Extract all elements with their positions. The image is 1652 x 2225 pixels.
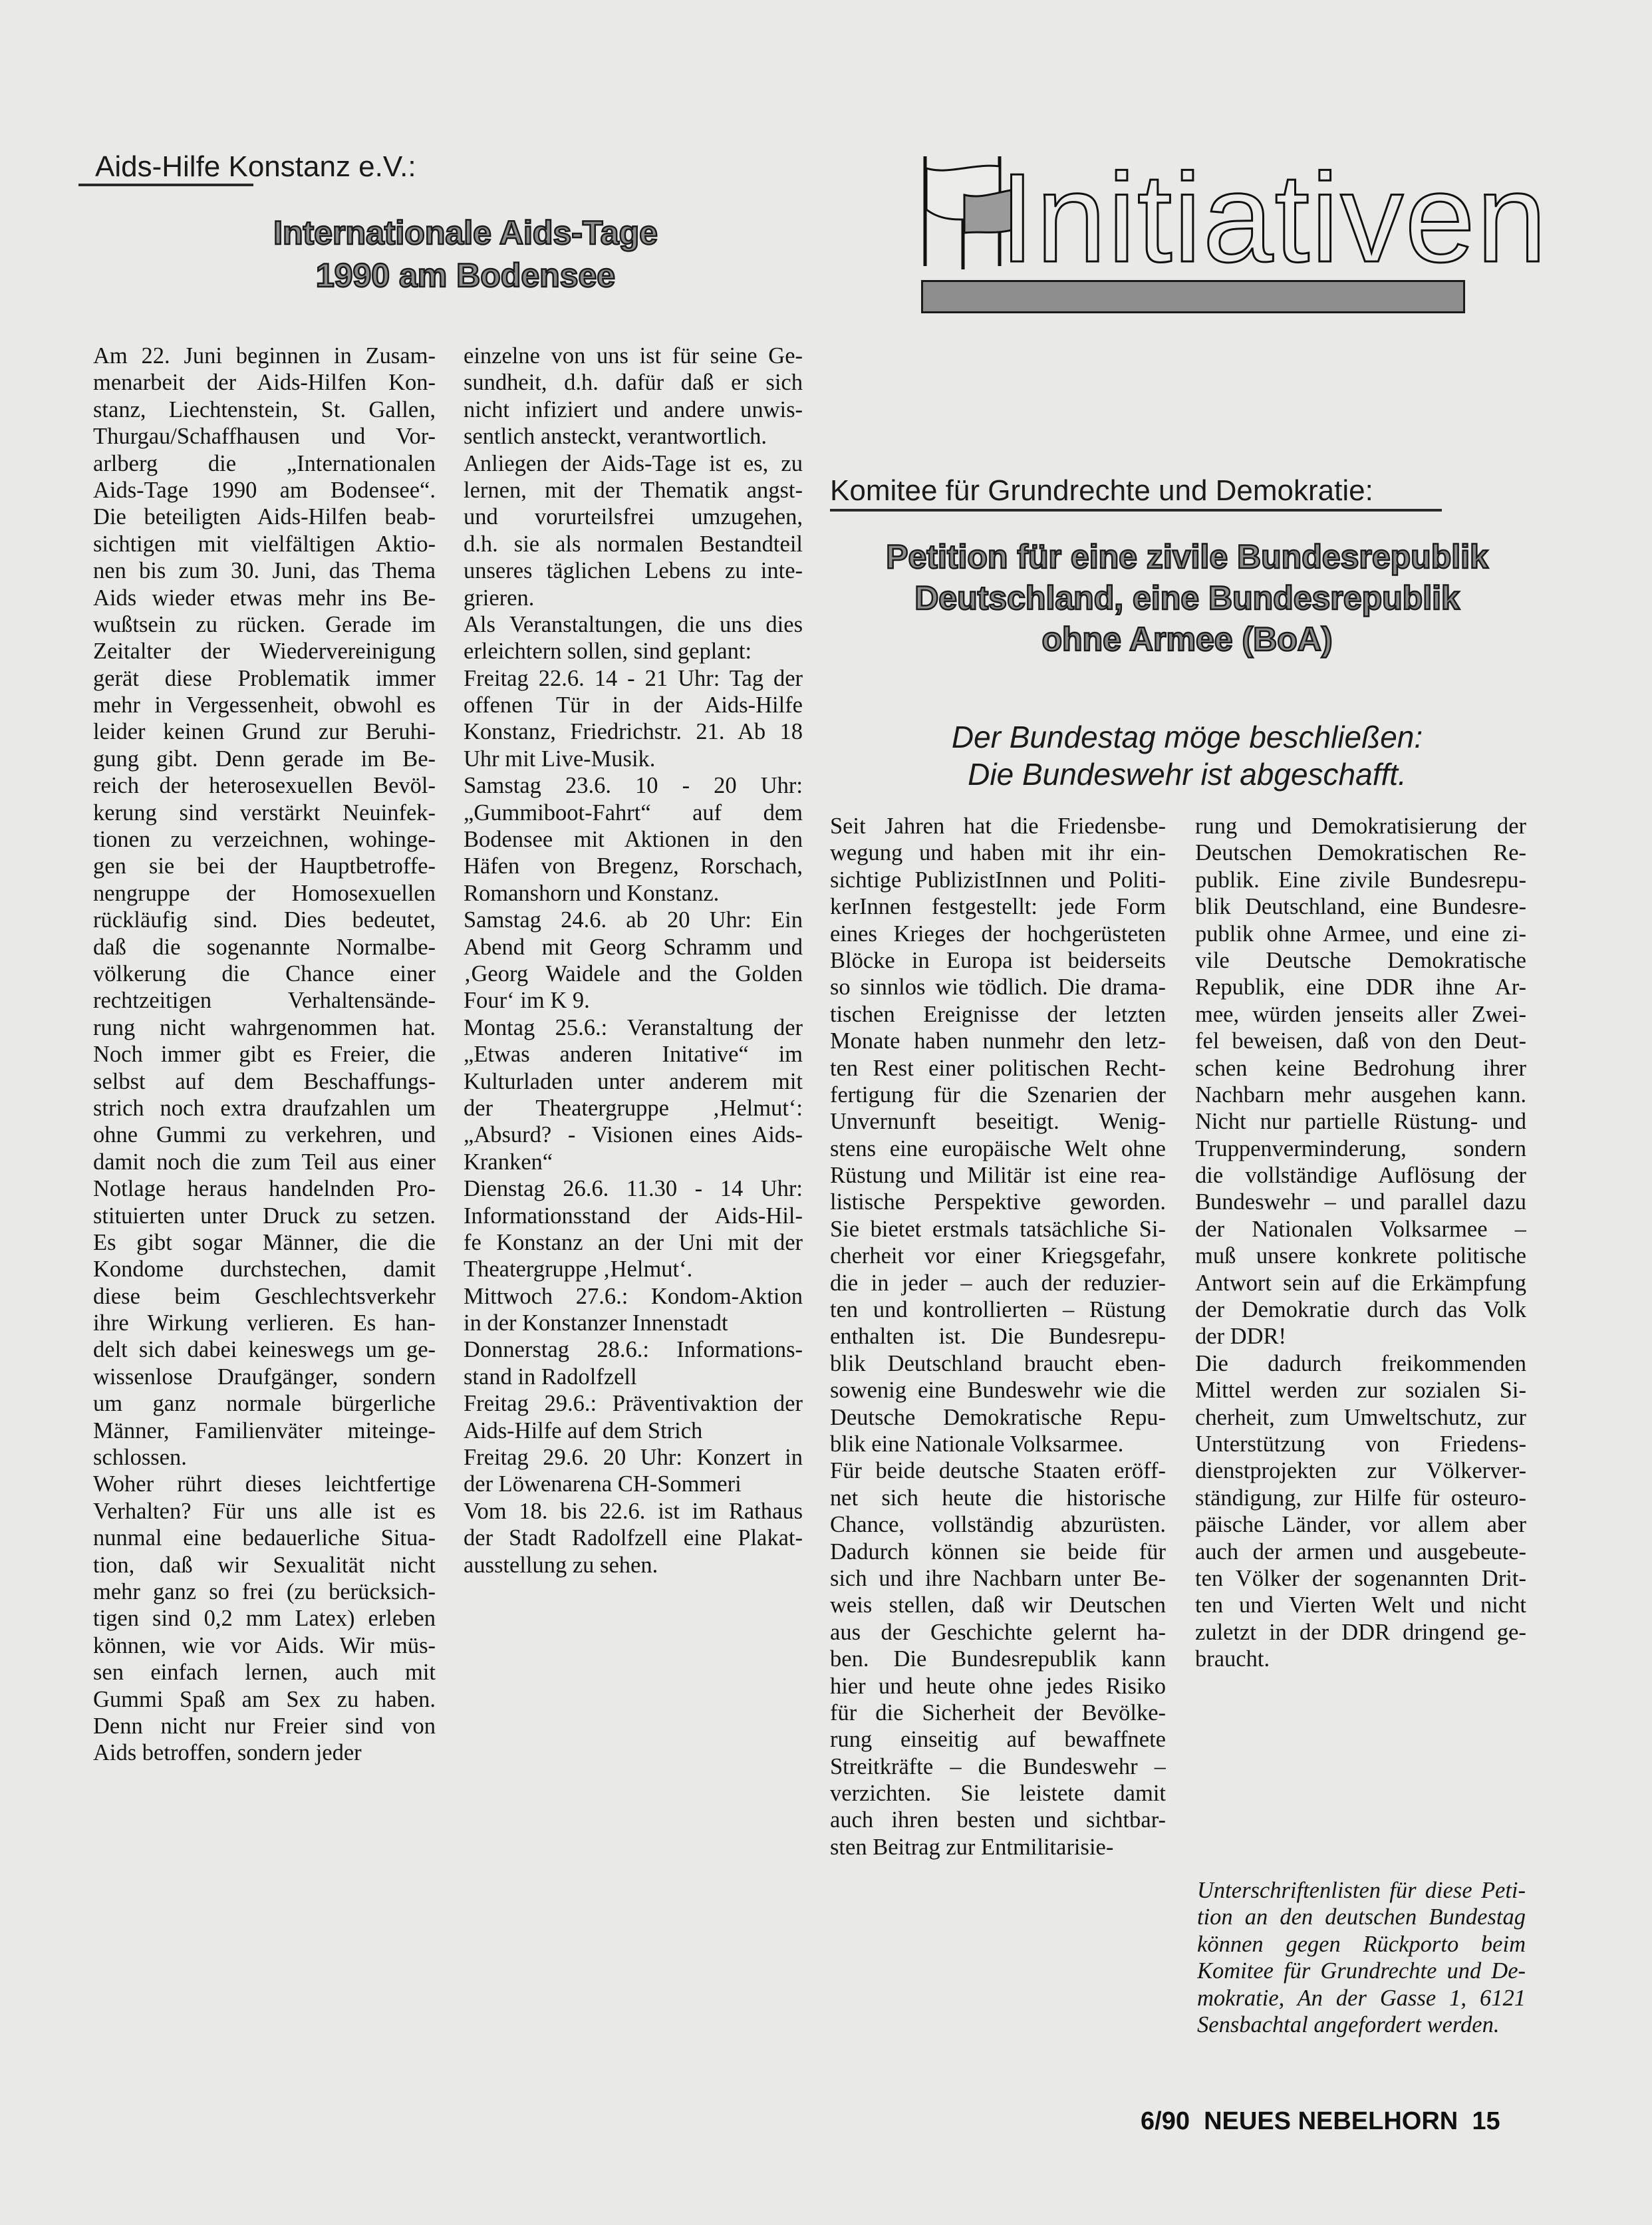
text-line: zuletzt in der DDR dringend ge- [1195,1619,1526,1646]
section-logo: Initiativen [921,150,1580,316]
text-line: delt sich dabei keineswegs um ge- [93,1336,436,1363]
text-line: nicht infiziert und andere unwis- [464,396,803,423]
text-line: blik Deutschland braucht eben- [830,1350,1166,1377]
text-line: für die Sicherheit der Bevölke- [830,1700,1166,1726]
text-line: ben. Die Bundesrepublik kann [830,1646,1166,1672]
text-line: fe Konstanz an der Uni mit der [464,1229,803,1256]
text-line: Bodensee mit Aktionen in den [464,826,803,853]
text-line: Gummi Spaß am Sex zu haben. [93,1686,436,1713]
text-line: listische Perspektive geworden. [830,1189,1166,1215]
kicker-underline [78,184,237,186]
text-line: hier und heute ohne jedes Risiko [830,1673,1166,1700]
text-line: rung und Demokratisierung der [1195,813,1526,839]
text-line: die in jeder – auch der reduzier- [830,1270,1166,1296]
text-line: Kondome durchstechen, damit [93,1256,436,1282]
text-line: nunmal eine bedauerliche Situa- [93,1525,436,1551]
text-line: ten und Vierten Welt und nicht [1195,1592,1526,1618]
text-line: Es gibt sogar Männer, die die [93,1229,436,1256]
text-line: Aids-Tage 1990 am Bodensee“. [93,477,436,504]
text-line: mokratie, An der Gasse 1, 6121 [1197,1985,1526,2011]
text-line: strich noch extra draufzahlen um [93,1095,436,1121]
text-line: eines Krieges der hochgerüsteten [830,921,1166,947]
section-logo-text: Initiativen [1000,155,1548,281]
text-line: der Theatergruppe ‚Helmut‘: [464,1095,803,1121]
text-line: tionen zu verzeichnen, wohinge- [93,826,436,853]
text-line: arlberg die „Internationalen [93,450,436,477]
text-line: auch der armen und ausgebeute- [1195,1539,1526,1565]
text-line: päische Länder, vor allem aber [1195,1511,1526,1538]
left-article-column-1: Am 22. Juni beginnen in Zusam-menarbeit … [93,343,436,1767]
text-line: ständigung, zur Hilfe für osteuro- [1195,1485,1526,1511]
text-line: d.h. sie als normalen Bestandteil [464,531,803,557]
text-line: braucht. [1195,1646,1526,1672]
text-line: sichtige PublizistInnen und Politi- [830,867,1166,893]
text-line: in der Konstanzer Innenstadt [464,1310,803,1336]
text-line: der DDR! [1195,1323,1526,1350]
text-line: tigen sind 0,2 mm Latex) erleben [93,1605,436,1632]
text-line: stens eine europäische Welt ohne [830,1135,1166,1162]
text-line: Die dadurch freikommenden [1195,1350,1526,1377]
text-line: Mittel werden zur sozialen Si- [1195,1377,1526,1404]
text-line: Dienstag 26.6. 11.30 - 14 Uhr: [464,1175,803,1202]
left-article-kicker: Aids-Hilfe Konstanz e.V.: [95,150,416,184]
text-line: leider keinen Grund zur Beruhi- [93,718,436,745]
text-line: unseres täglichen Lebens zu inte- [464,557,803,584]
text-line: Noch immer gibt es Freier, die [93,1041,436,1068]
text-line: gerät diese Problematik immer [93,665,436,692]
text-line: sowenig eine Bundeswehr wie die [830,1377,1166,1404]
right-article-kicker: Komitee für Grundrechte und Demokratie: [830,474,1373,508]
text-line: publik ohne Armee, und eine zi- [1195,921,1526,947]
headline-line: 1990 am Bodensee [239,254,692,297]
text-line: tion an den deutschen Bundestag [1197,1904,1526,1930]
text-line: cherheit, zum Umweltschutz, zur [1195,1404,1526,1431]
text-line: ihre Wirkung verlieren. Es han- [93,1310,436,1336]
text-line: Woher rührt dieses leichtfertige [93,1471,436,1497]
text-line: Monate haben nunmehr den letz- [830,1028,1166,1054]
text-line: stanz, Liechtenstein, St. Gallen, [93,396,436,423]
text-line: reich der heterosexuellen Bevöl- [93,772,436,799]
text-line: Antwort sein auf die Erkämpfung [1195,1270,1526,1296]
text-line: blik eine Nationale Volksarmee. [830,1431,1166,1457]
text-line: einzelne von uns ist für seine Ge- [464,343,803,369]
text-line: Samstag 23.6. 10 - 20 Uhr: [464,772,803,799]
headline-line: Petition für eine zivile Bundesrepublik [821,536,1553,577]
text-line: völkerung die Chance einer [93,961,436,987]
left-article-headline: Internationale Aids-Tage 1990 am Bodense… [239,212,692,297]
text-line: Romanshorn und Konstanz. [464,880,803,907]
subhead-line: Der Bundestag möge beschließen: [821,718,1553,756]
text-line: schlossen. [93,1444,436,1471]
text-line: mehr in Vergessenheit, obwohl es [93,692,436,718]
text-line: muß unsere konkrete politische [1195,1243,1526,1269]
text-line: „Gummiboot-Fahrt“ auf dem [464,800,803,826]
text-line: Freitag 29.6. 20 Uhr: Konzert in [464,1444,803,1471]
text-line: Aids-Hilfe auf dem Strich [464,1417,803,1444]
text-line: tion, daß wir Sexualität nicht [93,1552,436,1578]
text-line: Donnerstag 28.6.: Informations- [464,1336,803,1363]
text-line: Konstanz, Friedrichstr. 21. Ab 18 [464,718,803,745]
text-line: Theatergruppe ‚Helmut‘. [464,1256,803,1282]
text-line: kerInnen festgestellt: jede Form [830,893,1166,920]
page-footer: 6/90 NEUES NEBELHORN 15 [1141,2107,1500,2136]
text-line: sichtigen mit vielfältigen Aktio- [93,531,436,557]
text-line: blik Deutschland, eine Bundesre- [1195,893,1526,920]
text-line: sich und ihre Nachbarn unter Be- [830,1565,1166,1592]
text-line: Freitag 29.6.: Präventivaktion der [464,1390,803,1417]
text-line: Four‘ im K 9. [464,987,803,1014]
text-line: aus der Geschichte gelernt ha- [830,1619,1166,1646]
text-line: Deutschen Demokratischen Re- [1195,839,1526,866]
text-line: so sinnlos wie tödlich. Die drama- [830,974,1166,1000]
right-article-subhead: Der Bundestag möge beschließen: Die Bund… [821,718,1553,793]
text-line: sundheit, d.h. dafür daß er sich [464,369,803,396]
text-line: Anliegen der Aids-Tage ist es, zu [464,450,803,477]
text-line: rung nicht wahrgenommen hat. [93,1014,436,1041]
text-line: Männer, Familienväter miteinge- [93,1417,436,1444]
publication-name: NEUES NEBELHORN [1204,2107,1458,2135]
text-line: mee, würden jenseits aller Zwei- [1195,1001,1526,1028]
text-line: Blöcke in Europa ist beiderseits [830,947,1166,974]
text-line: mehr ganz so frei (zu berücksich- [93,1578,436,1605]
text-line: offenen Tür in der Aids-Hilfe [464,692,803,718]
text-line: Am 22. Juni beginnen in Zusam- [93,343,436,369]
headline-line: Internationale Aids-Tage [239,212,692,254]
text-line: Mittwoch 27.6.: Kondom-Aktion [464,1283,803,1310]
text-line: Unterstützung von Friedens- [1195,1431,1526,1457]
text-line: Für beide deutsche Staaten eröff- [830,1457,1166,1484]
text-line: Verhalten? Für uns alle ist es [93,1498,436,1525]
text-line: Nicht nur partielle Rüstung- und [1195,1108,1526,1135]
petition-note: Unterschriftenlisten für diese Peti-tion… [1197,1877,1526,2038]
text-line: rückläufig sind. Dies bedeutet, [93,907,436,933]
text-line: Streitkräfte – die Bundeswehr – [830,1753,1166,1780]
text-line: Rüstung und Militär ist eine rea- [830,1162,1166,1189]
text-line: Dadurch können sie beide für [830,1539,1166,1565]
text-line: auch ihren besten und sichtbar- [830,1807,1166,1833]
text-line: ‚Georg Waidele and the Golden [464,961,803,987]
text-line: Nachbarn mehr ausgehen kann. [1195,1082,1526,1108]
text-line: Als Veranstaltungen, die uns dies [464,611,803,638]
text-line: ten und kontrollierten – Rüstung [830,1296,1166,1323]
text-line: Deutsche Demokratische Repu- [830,1404,1166,1431]
text-line: wissenlose Draufgänger, sondern [93,1364,436,1390]
headline-line: ohne Armee (BoA) [821,619,1553,660]
text-line: sten Beitrag zur Entmilitarisie- [830,1834,1166,1860]
text-line: Sensbachtal angefordert werden. [1197,2011,1526,2038]
text-line: Komitee für Grundrechte und De- [1197,1958,1526,1984]
left-article-column-2: einzelne von uns ist für seine Ge-sundhe… [464,343,803,1578]
text-line: Freitag 22.6. 14 - 21 Uhr: Tag der [464,665,803,692]
text-line: vile Deutsche Demokratische [1195,947,1526,974]
text-line: Chance, vollständig abzurüsten. [830,1511,1166,1538]
text-line: Kranken“ [464,1149,803,1175]
text-line: weis stellen, daß wir Deutschen [830,1592,1166,1618]
text-line: Aids wieder etwas mehr ins Be- [93,585,436,611]
text-line: wegung und haben mit ihr ein- [830,839,1166,866]
text-line: Abend mit Georg Schramm und [464,934,803,961]
text-line: ten Rest einer politischen Recht- [830,1055,1166,1082]
text-line: Aids betroffen, sondern jeder [93,1739,436,1766]
text-line: Bundeswehr – und parallel dazu [1195,1189,1526,1215]
text-line: erleichtern sollen, sind geplant: [464,638,803,665]
text-line: enthalten ist. Die Bundesrepu- [830,1323,1166,1350]
text-line: wußtsein zu rücken. Gerade im [93,611,436,638]
text-line: der Löwenarena CH-Sommeri [464,1471,803,1497]
text-line: „Etwas anderen Initative“ im [464,1041,803,1068]
text-line: gung gibt. Denn gerade im Be- [93,746,436,772]
subhead-line: Die Bundeswehr ist abgeschafft. [821,756,1553,793]
text-line: grieren. [464,585,803,611]
text-line: sen einfach lernen, auch mit [93,1659,436,1686]
section-logo-bar [921,280,1465,313]
right-article-column-1: Seit Jahren hat die Friedensbe-wegung un… [830,813,1166,1860]
text-line: Notlage heraus handelnden Pro- [93,1175,436,1202]
text-line: und vorurteilsfrei umzugehen, [464,504,803,530]
text-line: kerung sind verstärkt Neuinfek- [93,800,436,826]
text-line: Denn nicht nur Freier sind von [93,1713,436,1739]
text-line: cherheit vor einer Kriegsgefahr, [830,1243,1166,1269]
text-line: Informationsstand der Aids-Hil- [464,1203,803,1229]
text-line: rung einseitig auf bewaffnete [830,1726,1166,1753]
text-line: ausstellung zu sehen. [464,1552,803,1578]
text-line: rechtzeitigen Verhaltensände- [93,987,436,1014]
text-line: Thurgau/Schaffhausen und Vor- [93,423,436,450]
text-line: dienstprojekten zur Völkerver- [1195,1457,1526,1484]
text-line: ohne Gummi zu verkehren, und [93,1121,436,1148]
text-line: verzichten. Sie leistete damit [830,1780,1166,1807]
text-line: stituierten unter Druck zu setzen. [93,1203,436,1229]
text-line: um ganz normale bürgerliche [93,1390,436,1417]
text-line: nen bis zum 30. Juni, das Thema [93,557,436,584]
text-line: der Demokratie durch das Volk [1195,1296,1526,1323]
text-line: Samstag 24.6. ab 20 Uhr: Ein [464,907,803,933]
text-line: menarbeit der Aids-Hilfen Kon- [93,369,436,396]
kicker-underline [830,509,1442,512]
text-line: Häfen von Bregenz, Rorschach, [464,853,803,879]
text-line: Uhr mit Live-Musik. [464,746,803,772]
text-line: Seit Jahren hat die Friedensbe- [830,813,1166,839]
text-line: net sich heute die historische [830,1485,1166,1511]
text-line: der Stadt Radolfzell eine Plakat- [464,1525,803,1551]
text-line: ten Völker der sogenannten Drit- [1195,1565,1526,1592]
right-article-headline: Petition für eine zivile Bundesrepublik … [821,536,1553,660]
text-line: selbst auf dem Beschaffungs- [93,1068,436,1095]
text-line: schen keine Bedrohung ihrer [1195,1055,1526,1082]
text-line: die vollständige Auflösung der [1195,1162,1526,1189]
issue-number: 6/90 [1141,2107,1190,2135]
text-line: können gegen Rückporto beim [1197,1931,1526,1958]
text-line: nengruppe der Homosexuellen [93,880,436,907]
text-line: Die beteiligten Aids-Hilfen beab- [93,504,436,530]
text-line: stand in Radolfzell [464,1364,803,1390]
right-article-column-2: rung und Demokratisierung derDeutschen D… [1195,813,1526,1673]
text-line: „Absurd? - Visionen eines Aids- [464,1121,803,1148]
text-line: Republik, eine DDR ihne Ar- [1195,974,1526,1000]
text-line: damit noch die zum Teil aus einer [93,1149,436,1175]
text-line: Kulturladen unter anderem mit [464,1068,803,1095]
text-line: Unterschriftenlisten für diese Peti- [1197,1877,1526,1904]
text-line: Montag 25.6.: Veranstaltung der [464,1014,803,1041]
text-line: lernen, mit der Thematik angst- [464,477,803,504]
text-line: publik. Eine zivile Bundesrepu- [1195,867,1526,893]
text-line: sentlich ansteckt, verantwortlich. [464,423,803,450]
text-line: diese beim Geschlechtsverkehr [93,1283,436,1310]
page-number: 15 [1472,2107,1500,2135]
text-line: Sie bietet erstmals tatsächliche Si- [830,1216,1166,1243]
text-line: Truppenverminderung, sondern [1195,1135,1526,1162]
headline-line: Deutschland, eine Bundesrepublik [821,577,1553,619]
text-line: tischen Ereignisse der letzten [830,1001,1166,1028]
text-line: Vom 18. bis 22.6. ist im Rathaus [464,1498,803,1525]
text-line: daß die sogenannte Normalbe- [93,934,436,961]
text-line: der Nationalen Volksarmee – [1195,1216,1526,1243]
text-line: fertigung für die Szenarien der [830,1082,1166,1108]
text-line: Zeitalter der Wiedervereinigung [93,638,436,665]
text-line: können, wie vor Aids. Wir müs- [93,1632,436,1659]
text-line: Unvernunft beseitigt. Wenig- [830,1108,1166,1135]
text-line: fel beweisen, daß von den Deut- [1195,1028,1526,1054]
text-line: gen sie bei der Hauptbetroffe- [93,853,436,879]
